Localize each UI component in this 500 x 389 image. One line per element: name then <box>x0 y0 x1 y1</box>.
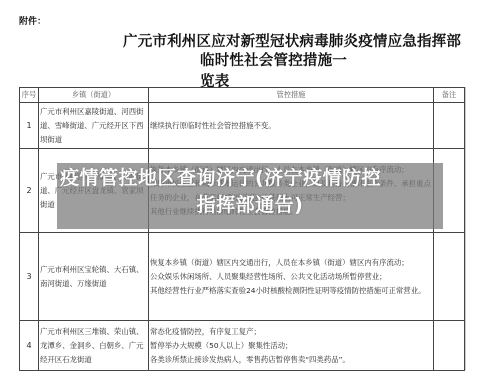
row-remark <box>434 321 465 371</box>
row-index: 4 <box>20 321 39 371</box>
row-measures: 继续执行原临时性社会管控措施不变。 <box>149 103 434 149</box>
row-remark <box>434 103 465 149</box>
header-index: 序号 <box>20 88 39 103</box>
row-index: 1 <box>20 103 39 149</box>
row-town: 广元市利州区三堆镇、荣山镇、龙潭乡、金洞乡、白朝乡、广元经开区石龙街道 <box>39 321 149 371</box>
measure-item: 公众娱乐休闲场所、人员聚集经营性场所、公共文化活动场所暂停营业； <box>150 270 432 284</box>
row-town: 广元市利州区嘉陵街道、河西街道、雪峰街道、广元经开区下西坝街道 <box>39 103 149 149</box>
row-measures: 常态化疫情防控，有序复工复产； 暂停举办大规模（50人以上）聚集性活动； 各类诊… <box>149 321 434 371</box>
measure-item: 继续执行原临时性社会管控措施不变。 <box>150 119 432 133</box>
row-remark <box>434 233 465 321</box>
table-row: 4 广元市利州区三堆镇、荣山镇、龙潭乡、金洞乡、白朝乡、广元经开区石龙街道 常态… <box>20 321 465 371</box>
headline-overlay-line1: 疫情管控地区查询济宁(济宁疫情防控 <box>60 163 446 190</box>
row-measures: 恢复本乡镇（街道）辖区内交通出行，人员在本乡镇（街道）辖区内有序流动； 公众娱乐… <box>149 233 434 321</box>
table-outer-border <box>465 87 468 370</box>
header-measures: 管控措施 <box>149 88 434 103</box>
header-remark: 备注 <box>434 88 465 103</box>
row-index: 2 <box>20 149 39 233</box>
document-title-line2: 临时性社会管控措施一览表 <box>200 49 360 91</box>
row-index: 3 <box>20 233 39 321</box>
document-title-line1: 广元市利州区应对新型冠状病毒肺炎疫情应急指挥部 <box>57 30 477 51</box>
measure-item: 恢复本乡镇（街道）辖区内交通出行，人员在本乡镇（街道）辖区内有序流动； <box>150 256 432 270</box>
table-header-row: 序号 乡镇（街道） 管控措施 备注 <box>20 88 465 103</box>
measure-item: 暂停举办大规模（50人以上）聚集性活动； <box>150 339 432 353</box>
header-town: 乡镇（街道） <box>39 88 149 103</box>
control-measures-table: 序号 乡镇（街道） 管控措施 备注 1 广元市利州区嘉陵街道、河西街道、雪峰街道… <box>19 87 465 371</box>
headline-overlay-line2: 指挥部通告) <box>57 190 443 217</box>
measure-item: 常态化疫情防控，有序复工复产； <box>150 325 432 339</box>
attachment-label: 附件： <box>19 14 46 27</box>
table-row: 3 广元市利州区宝轮镇、大石镇、南河街道、万缘街道 恢复本乡镇（街道）辖区内交通… <box>20 233 465 321</box>
measure-item: 其他经营性行业严格落实查验24小时核酸检测阴性证明等疫情防控措施可正常营业。 <box>150 284 432 298</box>
row-town: 广元市利州区宝轮镇、大石镇、南河街道、万缘街道 <box>39 233 149 321</box>
measure-item: 各类诊所禁止接诊发热病人，零售药店暂停售卖“四类药品”。 <box>150 353 432 367</box>
table-row: 1 广元市利州区嘉陵街道、河西街道、雪峰街道、广元经开区下西坝街道 继续执行原临… <box>20 103 465 149</box>
